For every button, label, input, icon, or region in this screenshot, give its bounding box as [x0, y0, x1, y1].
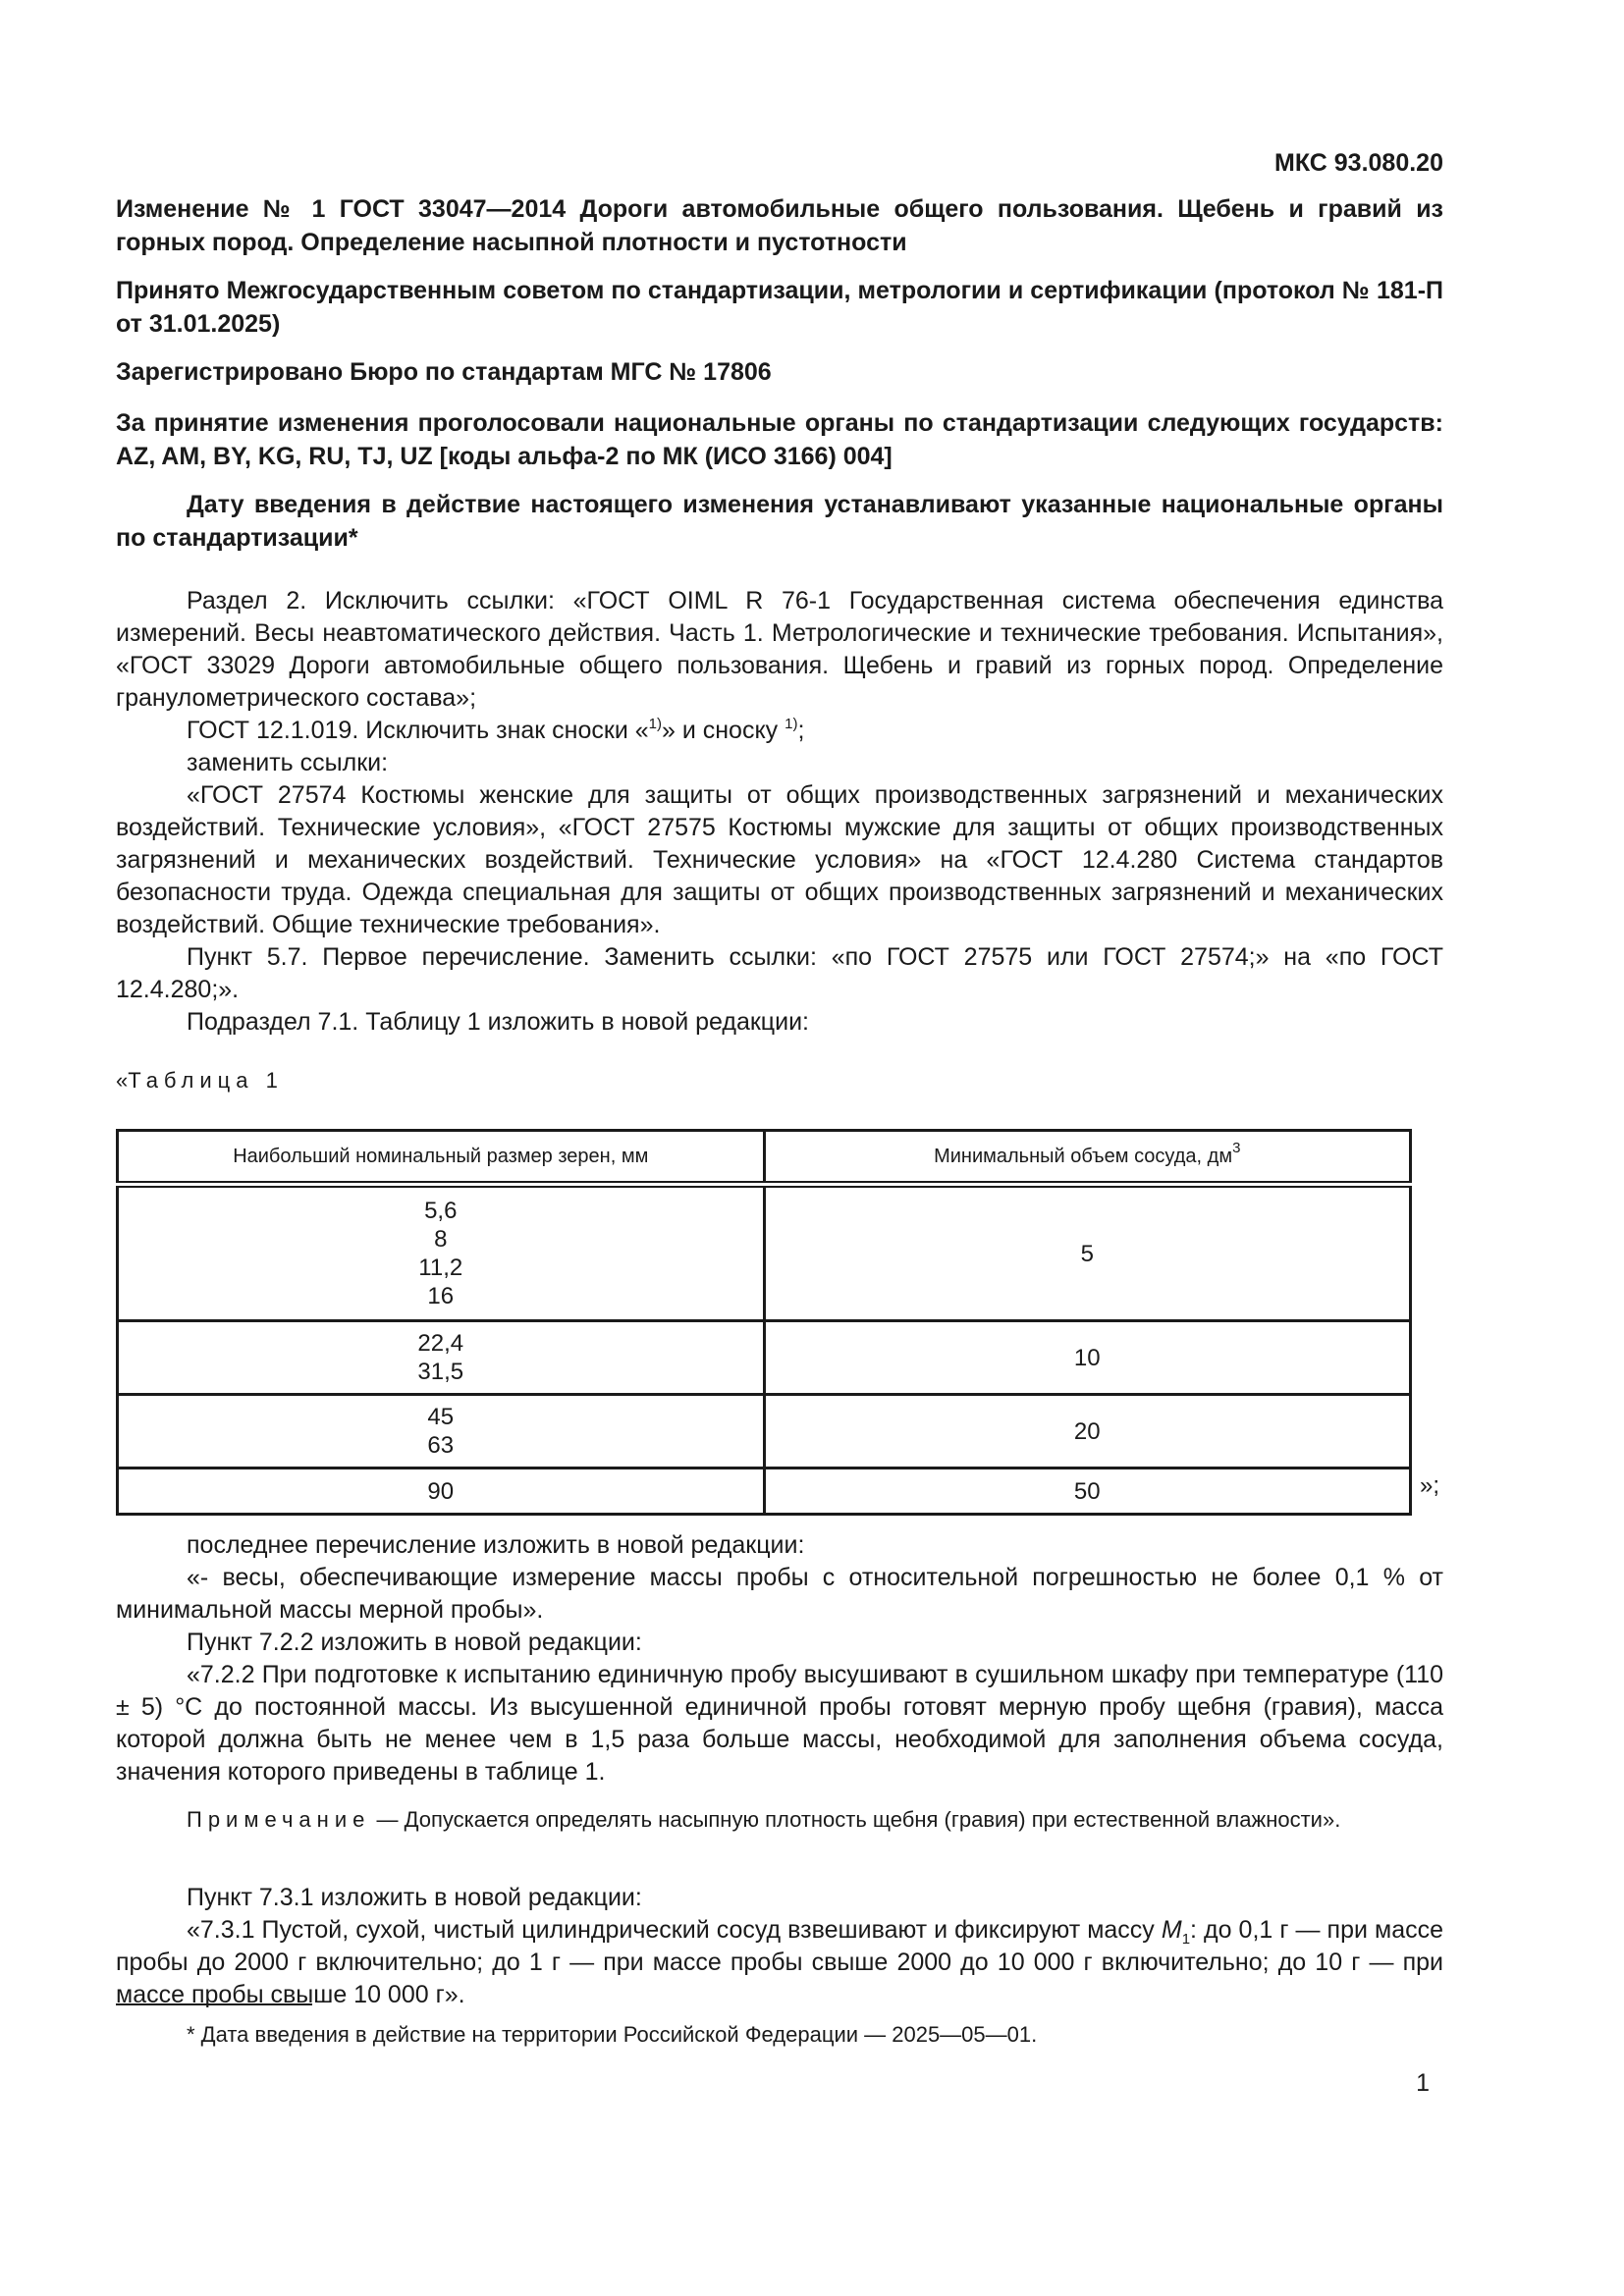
- table-row: 9050: [118, 1468, 1411, 1515]
- mass-variable: M: [1162, 1916, 1182, 1944]
- amendment-title: Изменение № 1 ГОСТ 33047—2014 Дороги авт…: [116, 192, 1443, 259]
- grain-size-value: 8: [119, 1225, 763, 1254]
- grain-size-value: 16: [119, 1282, 763, 1310]
- table-caption: «Таблица 1: [116, 1068, 284, 1094]
- table-closing-quote: »;: [1420, 1472, 1439, 1500]
- column-header-vessel-volume: Минимальный объем сосуда, дм3: [764, 1131, 1411, 1185]
- grain-size-value: 63: [119, 1431, 763, 1460]
- vessel-volume-cell: 50: [764, 1468, 1411, 1515]
- table-1: Наибольший номинальный размер зерен, мм …: [116, 1129, 1412, 1516]
- vessel-volume-cell: 10: [764, 1321, 1411, 1395]
- grain-size-value: 5,6: [119, 1197, 763, 1225]
- paragraph-clause-7-2-2: «7.2.2 При подготовке к испытанию единич…: [116, 1659, 1443, 1789]
- adopted-statement: Принято Межгосударственным советом по ст…: [116, 274, 1443, 341]
- grain-size-value: 22,4: [119, 1329, 763, 1358]
- voting-statement: За принятие изменения проголосовали наци…: [116, 406, 1443, 473]
- grain-size-value: 90: [119, 1477, 763, 1506]
- paragraph-clause-5-7: Пункт 5.7. Первое перечисление. Заменить…: [116, 941, 1443, 1006]
- table-row: 5,6811,2165: [118, 1185, 1411, 1321]
- paragraph-clause-7-3-1-intro: Пункт 7.3.1 изложить в новой редакции:: [116, 1882, 1443, 1914]
- effective-date-statement: Дату введения в действие настоящего изме…: [116, 488, 1443, 555]
- grain-size-value: 45: [119, 1403, 763, 1431]
- classifier-code: МКС 93.080.20: [1274, 149, 1443, 178]
- amendment-body-section-1: Раздел 2. Исключить ссылки: «ГОСТ OIML R…: [116, 585, 1443, 1039]
- footnote-divider: [116, 2003, 312, 2005]
- footnote: * Дата введения в действие на территории…: [187, 2022, 1037, 2048]
- paragraph-gost-12-1-019: ГОСТ 12.1.019. Исключить знак сноски «1)…: [116, 715, 1443, 747]
- table-row: 22,431,510: [118, 1321, 1411, 1395]
- registration-statement: Зарегистрировано Бюро по стандартам МГС …: [116, 355, 1443, 389]
- grain-size-cell: 4563: [118, 1395, 765, 1468]
- paragraph-clause-7-2-2-intro: Пункт 7.2.2 изложить в новой редакции:: [116, 1627, 1443, 1659]
- grain-size-cell: 22,431,5: [118, 1321, 765, 1395]
- note-block: Примечание — Допускается определять насы…: [116, 1804, 1443, 1835]
- paragraph-last-listing: последнее перечисление изложить в новой …: [116, 1529, 1443, 1562]
- grain-size-value: 31,5: [119, 1358, 763, 1386]
- grain-size-value: 11,2: [119, 1254, 763, 1282]
- paragraph-clause-7-3-1: «7.3.1 Пустой, сухой, чистый цилиндричес…: [116, 1914, 1443, 2011]
- paragraph-gost-27574: «ГОСТ 27574 Костюмы женские для защиты о…: [116, 779, 1443, 941]
- column-header-grain-size: Наибольший номинальный размер зерен, мм: [118, 1131, 765, 1185]
- page-number: 1: [1416, 2069, 1430, 2098]
- note-label: Примечание: [187, 1807, 370, 1832]
- paragraph-section-2: Раздел 2. Исключить ссылки: «ГОСТ OIML R…: [116, 585, 1443, 715]
- table-row: 456320: [118, 1395, 1411, 1468]
- grain-size-cell: 5,6811,216: [118, 1185, 765, 1321]
- amendment-body-section-3: Пункт 7.3.1 изложить в новой редакции: «…: [116, 1882, 1443, 2011]
- paragraph-replace-refs: заменить ссылки:: [116, 747, 1443, 779]
- paragraph-scales: «- весы, обеспечивающие измерение массы …: [116, 1562, 1443, 1627]
- note-text: — Допускается определять насыпную плотно…: [370, 1807, 1340, 1832]
- vessel-volume-cell: 20: [764, 1395, 1411, 1468]
- vessel-volume-cell: 5: [764, 1185, 1411, 1321]
- amendment-body-section-2: последнее перечисление изложить в новой …: [116, 1529, 1443, 1789]
- paragraph-subsection-7-1: Подраздел 7.1. Таблицу 1 изложить в ново…: [116, 1006, 1443, 1039]
- grain-size-cell: 90: [118, 1468, 765, 1515]
